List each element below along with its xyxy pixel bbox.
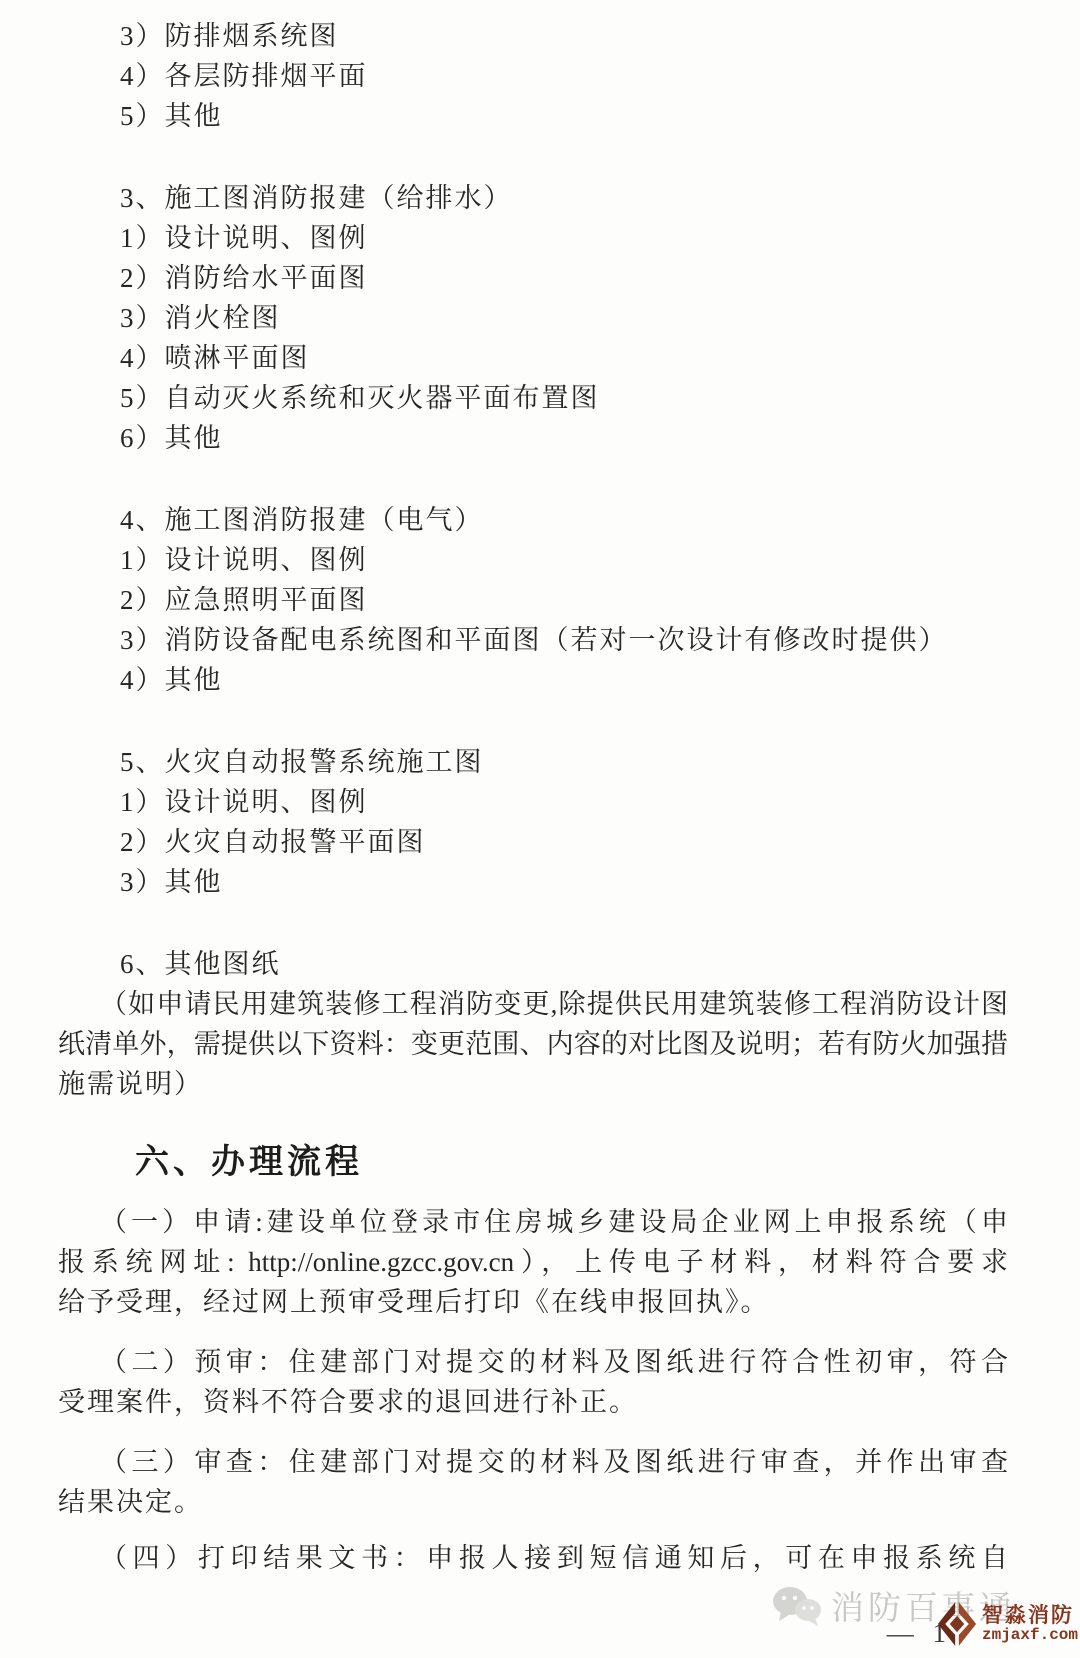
note-line: （如申请民用建筑装修工程消防变更,除提供民用建筑装修工程消防设计图 (58, 984, 1008, 1024)
spacer (58, 902, 1008, 944)
spacer (58, 458, 1008, 500)
list-item: 1）设计说明、图例 (58, 782, 1008, 822)
para-line: 给予受理，经过网上预审受理后打印《在线申报回执》。 (58, 1282, 1008, 1322)
list-item: 3）消防设备配电系统图和平面图（若对一次设计有修改时提供） (58, 620, 1008, 660)
group-title: 6、其他图纸 (58, 944, 1008, 984)
para-line: （三）审查：住建部门对提交的材料及图纸进行审查，并作出审查 (58, 1442, 1008, 1482)
para-line: （一）申请:建设单位登录市住房城乡建设局企业网上申报系统（申 (58, 1202, 1008, 1242)
para-line: 受理案件，资料不符合要求的退回进行补正。 (58, 1382, 1008, 1422)
zhimiao-logo-icon (937, 1600, 977, 1648)
note-line: 纸清单外，需提供以下资料：变更范围、内容的对比图及说明；若有防火加强措 (58, 1024, 1008, 1064)
list-item: 2）应急照明平面图 (58, 580, 1008, 620)
paragraph-preliminary-review: （二）预审：住建部门对提交的材料及图纸进行符合性初审，符合 受理案件，资料不符合… (58, 1342, 1008, 1422)
group-title: 5、火灾自动报警系统施工图 (58, 742, 1008, 782)
list-item: 5）自动灭火系统和灭火器平面布置图 (58, 378, 1008, 418)
list-item: 3）其他 (58, 862, 1008, 902)
para-line: 报系统网址: http://online.gzcc.gov.cn），上传电子材料… (58, 1242, 1008, 1282)
note-line: 施需说明） (58, 1064, 1008, 1104)
list-item: 3）防排烟系统图 (58, 16, 1008, 56)
paragraph-apply: （一）申请:建设单位登录市住房城乡建设局企业网上申报系统（申 报系统网址: ht… (58, 1202, 1008, 1322)
list-item: 1）设计说明、图例 (58, 540, 1008, 580)
list-item: 5）其他 (58, 96, 1008, 136)
list-item: 4）喷淋平面图 (58, 338, 1008, 378)
section-heading: 六、办理流程 (58, 1140, 1008, 1184)
paragraph-print-result: （四）打印结果文书：申报人接到短信通知后，可在申报系统自 (58, 1538, 1008, 1578)
paragraph-review: （三）审查：住建部门对提交的材料及图纸进行审查，并作出审查 结果决定。 (58, 1442, 1008, 1522)
list-item: 2）火灾自动报警平面图 (58, 822, 1008, 862)
group-title: 3、施工图消防报建（给排水） (58, 178, 1008, 218)
list-item: 4）各层防排烟平面 (58, 56, 1008, 96)
vendor-text-block: 智淼消防 zmjaxf.com (982, 1605, 1078, 1644)
list-item: 3）消火栓图 (58, 298, 1008, 338)
list-item: 1）设计说明、图例 (58, 218, 1008, 258)
vendor-logo: 智淼消防 zmjaxf.com (937, 1600, 1078, 1648)
list-item: 4）其他 (58, 660, 1008, 700)
para-line: （四）打印结果文书：申报人接到短信通知后，可在申报系统自 (58, 1538, 1008, 1578)
para-line: （二）预审：住建部门对提交的材料及图纸进行符合性初审，符合 (58, 1342, 1008, 1382)
wechat-icon (771, 1584, 823, 1628)
group-title: 4、施工图消防报建（电气） (58, 500, 1008, 540)
vendor-name: 智淼消防 (982, 1605, 1078, 1627)
vendor-domain: zmjaxf.com (982, 1627, 1078, 1644)
spacer (58, 136, 1008, 178)
para-line: 结果决定。 (58, 1482, 1008, 1522)
document-page: 3）防排烟系统图 4）各层防排烟平面 5）其他 3、施工图消防报建（给排水） 1… (0, 0, 1080, 1658)
document-body: 3）防排烟系统图 4）各层防排烟平面 5）其他 3、施工图消防报建（给排水） 1… (58, 16, 1008, 1578)
list-item: 6）其他 (58, 418, 1008, 458)
list-item: 2）消防给水平面图 (58, 258, 1008, 298)
spacer (58, 700, 1008, 742)
